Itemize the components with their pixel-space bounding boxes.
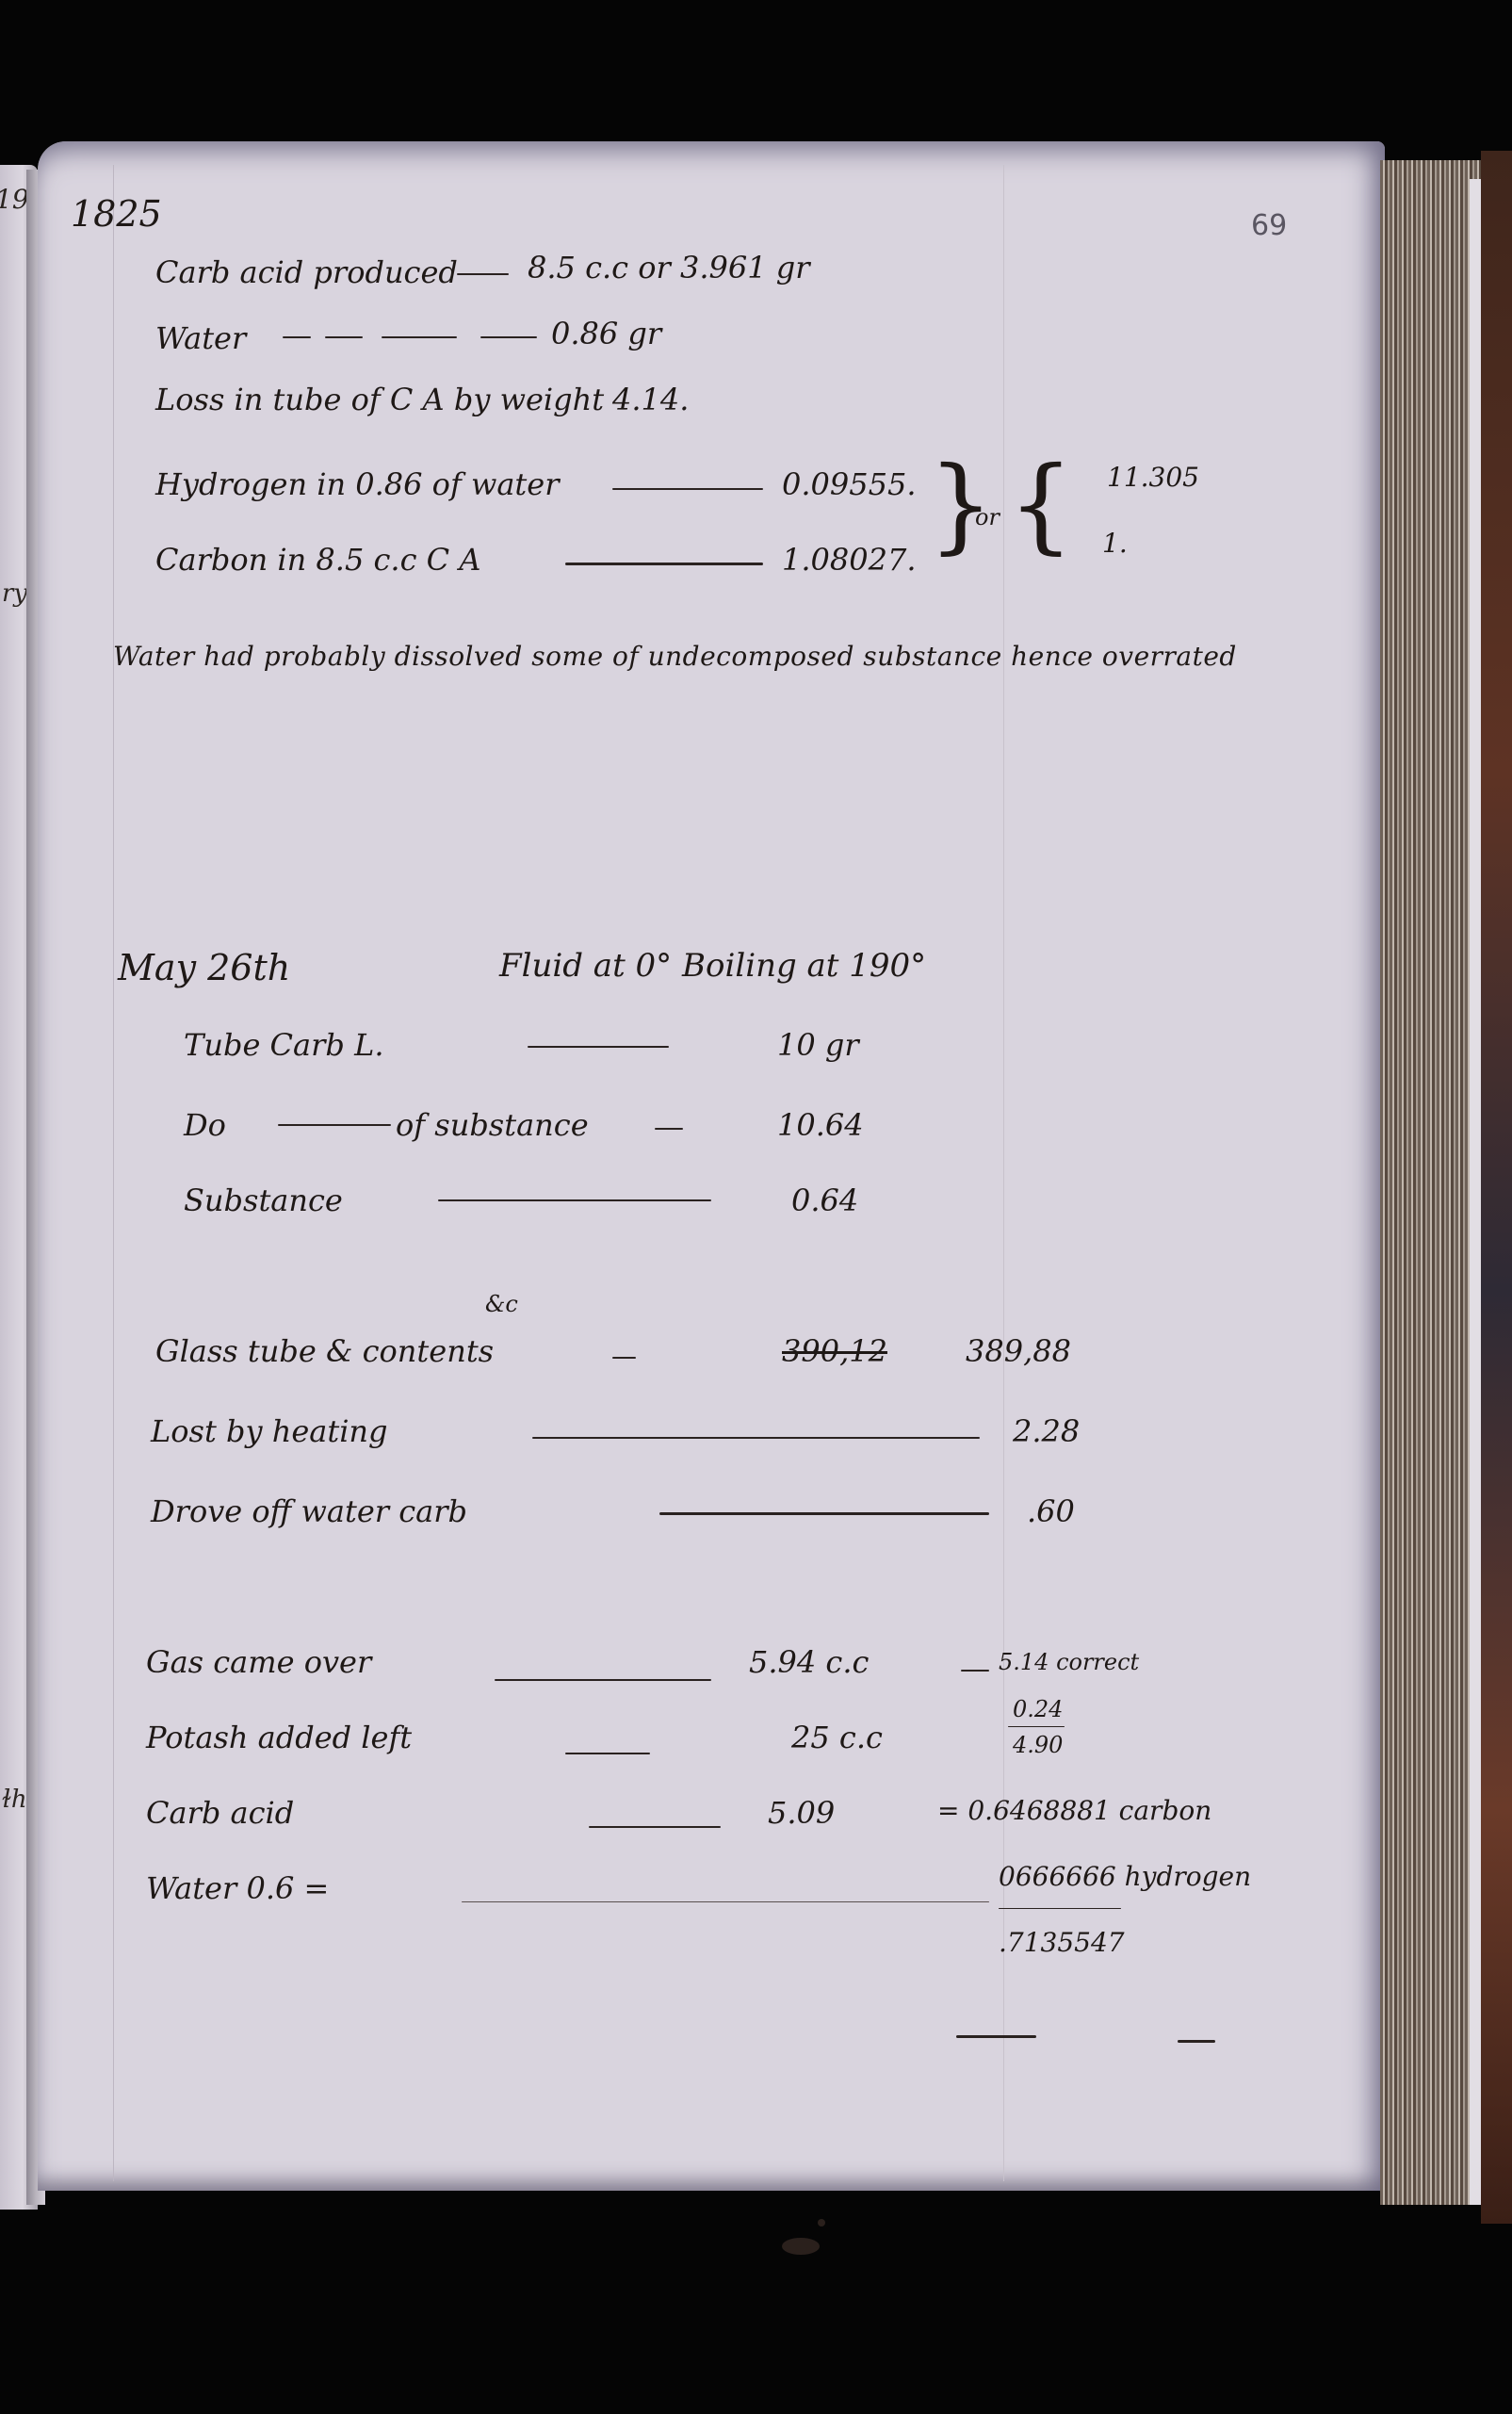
subtraction-line xyxy=(1008,1726,1065,1727)
ratio-connector: or xyxy=(975,504,1000,530)
leader-line xyxy=(480,336,537,338)
side-total: 4.90 xyxy=(1013,1732,1063,1758)
leader-line xyxy=(612,1357,636,1359)
leader-line xyxy=(655,1128,683,1130)
sum-total: .7135547 xyxy=(999,1927,1125,1958)
leader-line xyxy=(961,1670,989,1672)
leader-line xyxy=(457,273,509,275)
ink-blot xyxy=(818,2219,825,2226)
line-label: Tube Carb L. xyxy=(184,1027,383,1063)
line-value: 10.64 xyxy=(777,1107,864,1143)
ink-blot xyxy=(782,2238,820,2255)
side-calculation: 0666666 hydrogen xyxy=(999,1861,1251,1892)
line-value: 8.5 c.c or 3.961 gr xyxy=(528,250,810,285)
book-cover xyxy=(1481,151,1512,2224)
line-label: Carb acid xyxy=(146,1795,294,1831)
year-heading: 1825 xyxy=(71,193,162,235)
line-label: Loss in tube of C A by weight xyxy=(155,382,604,417)
leader-line xyxy=(283,336,311,338)
line-label: Lost by heating xyxy=(151,1413,388,1449)
line-label: Potash added left xyxy=(146,1720,412,1755)
leader-line xyxy=(438,1199,711,1201)
leader-line xyxy=(565,1753,650,1754)
page-edge-highlight xyxy=(1470,179,1481,2205)
line-value: 5.94 c.c xyxy=(749,1644,869,1680)
leader-line xyxy=(565,563,763,565)
analysis-note: Water had probably dissolved some of und… xyxy=(113,641,1237,672)
line-value: 389,88 xyxy=(966,1333,1071,1369)
line-label: Water 0.6 = xyxy=(146,1870,329,1906)
line-value: 1.08027. xyxy=(782,542,917,578)
line-value: 0.09555. xyxy=(782,466,917,502)
ink-mark xyxy=(956,2035,1036,2038)
leader-line xyxy=(278,1124,391,1126)
leader-line xyxy=(462,1901,989,1902)
line-value: 0.64 xyxy=(791,1183,858,1218)
line-label: Gas came over xyxy=(146,1644,371,1680)
leader-line xyxy=(532,1437,980,1439)
ink-mark xyxy=(1178,2040,1215,2043)
struck-value: 390,12 xyxy=(782,1333,887,1369)
left-page-fragment: ry xyxy=(2,579,27,608)
line-label: Glass tube & contents xyxy=(155,1333,494,1369)
entry-date: May 26th xyxy=(118,947,290,988)
page-number: 69 xyxy=(1251,209,1287,242)
line-label: Drove off water carb xyxy=(151,1493,467,1529)
line-label: Substance xyxy=(184,1183,343,1218)
line-value: 10 gr xyxy=(777,1027,859,1063)
line-mid: of substance xyxy=(396,1107,589,1143)
line-value: 25 c.c xyxy=(791,1720,883,1755)
side-calculation: = 0.6468881 carbon xyxy=(937,1795,1211,1826)
entry-conditions: Fluid at 0° Boiling at 190° xyxy=(499,947,926,985)
side-calculation: 0.24 xyxy=(1013,1696,1063,1722)
margin-rule xyxy=(113,165,114,2181)
leader-line xyxy=(589,1826,721,1828)
superscript-note: &c xyxy=(485,1291,518,1317)
ratio-top: 11.305 xyxy=(1107,462,1199,493)
side-calculation: 5.14 correct xyxy=(999,1649,1139,1675)
leader-line xyxy=(495,1679,711,1681)
leader-line xyxy=(325,336,363,338)
line-label: Water xyxy=(155,320,246,356)
line-label: Hydrogen in 0.86 of water xyxy=(155,466,560,502)
left-page-fragment: ɫh xyxy=(2,1786,27,1814)
line-value: 0.86 gr xyxy=(551,316,661,351)
leader-line xyxy=(382,336,457,338)
leader-line xyxy=(612,488,763,490)
page-stack-edges xyxy=(1380,160,1484,2205)
line-value: 5.09 xyxy=(768,1795,835,1831)
line-label: Carb acid produced xyxy=(155,254,458,290)
leader-line xyxy=(659,1512,989,1515)
line-value: 4.14. xyxy=(612,382,689,417)
line-label: Do xyxy=(184,1107,226,1143)
ratio-bottom: 1. xyxy=(1102,528,1128,559)
opening-brace: { xyxy=(1008,452,1074,556)
leader-line xyxy=(528,1046,669,1048)
line-value: 2.28 xyxy=(1013,1413,1080,1449)
line-label: Carbon in 8.5 c.c C A xyxy=(155,542,480,578)
sum-line xyxy=(999,1908,1121,1909)
line-value: .60 xyxy=(1027,1493,1075,1529)
